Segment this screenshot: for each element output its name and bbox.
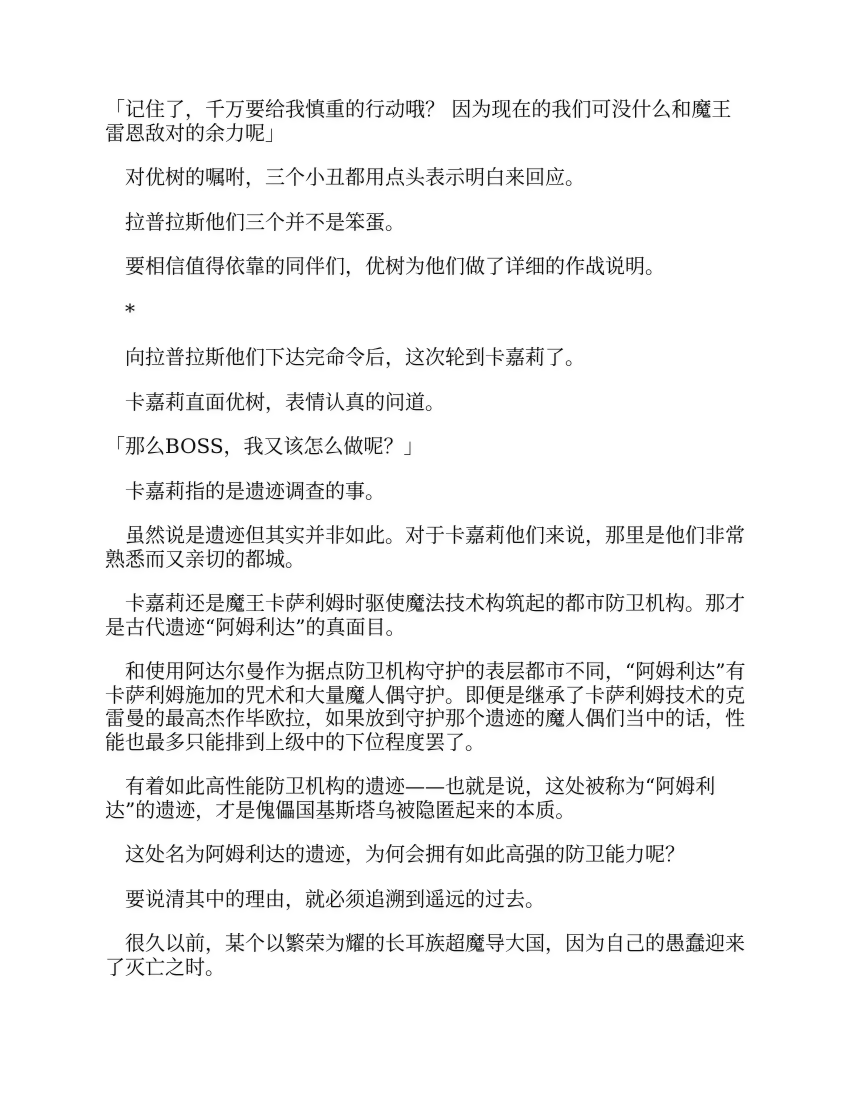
narration-paragraph: 要相信值得依靠的同伴们，优树为他们做了详细的作战说明。 bbox=[105, 255, 750, 279]
narration-paragraph: 卡嘉莉还是魔王卡萨利姆时驱使魔法技术构筑起的都市防卫机构。那才是古代遗迹“阿姆利… bbox=[105, 592, 750, 639]
narration-paragraph: 有着如此高性能防卫机构的遗迹——也就是说，这处被称为“阿姆利达”的遗迹，才是傀儡… bbox=[105, 775, 750, 822]
narration-paragraph: 卡嘉莉直面优树，表情认真的问道。 bbox=[105, 391, 750, 415]
narration-paragraph: 对优树的嘱咐，三个小丑都用点头表示明白来回应。 bbox=[105, 166, 750, 190]
narration-paragraph: 拉普拉斯他们三个并不是笨蛋。 bbox=[105, 211, 750, 235]
narration-paragraph: 和使用阿达尔曼作为据点防卫机构守护的表层都市不同，“阿姆利达”有卡萨利姆施加的咒… bbox=[105, 660, 750, 754]
narration-paragraph: 卡嘉莉指的是遗迹调查的事。 bbox=[105, 480, 750, 504]
narration-paragraph: 要说清其中的理由，就必须追溯到遥远的过去。 bbox=[105, 888, 750, 912]
narration-paragraph: 很久以前，某个以繁荣为耀的长耳族超魔导大国，因为自己的愚蠢迎来了灭亡之时。 bbox=[105, 932, 750, 979]
dialogue-paragraph: 「记住了，千万要给我慎重的行动哦？ 因为现在的我们可没什么和魔王雷恩敌对的余力呢… bbox=[105, 98, 750, 145]
narration-paragraph: 这处名为阿姆利达的遗迹，为何会拥有如此高强的防卫能力呢？ bbox=[105, 843, 750, 867]
narration-paragraph: 虽然说是遗迹但其实并非如此。对于卡嘉莉他们来说，那里是他们非常熟悉而又亲切的都城… bbox=[105, 524, 750, 571]
scene-separator: * bbox=[105, 300, 750, 324]
dialogue-paragraph: 「那么BOSS，我又该怎么做呢？」 bbox=[105, 435, 750, 459]
narration-paragraph: 向拉普拉斯他们下达完命令后，这次轮到卡嘉莉了。 bbox=[105, 346, 750, 370]
document-page: 「记住了，千万要给我慎重的行动哦？ 因为现在的我们可没什么和魔王雷恩敌对的余力呢… bbox=[105, 98, 750, 1000]
